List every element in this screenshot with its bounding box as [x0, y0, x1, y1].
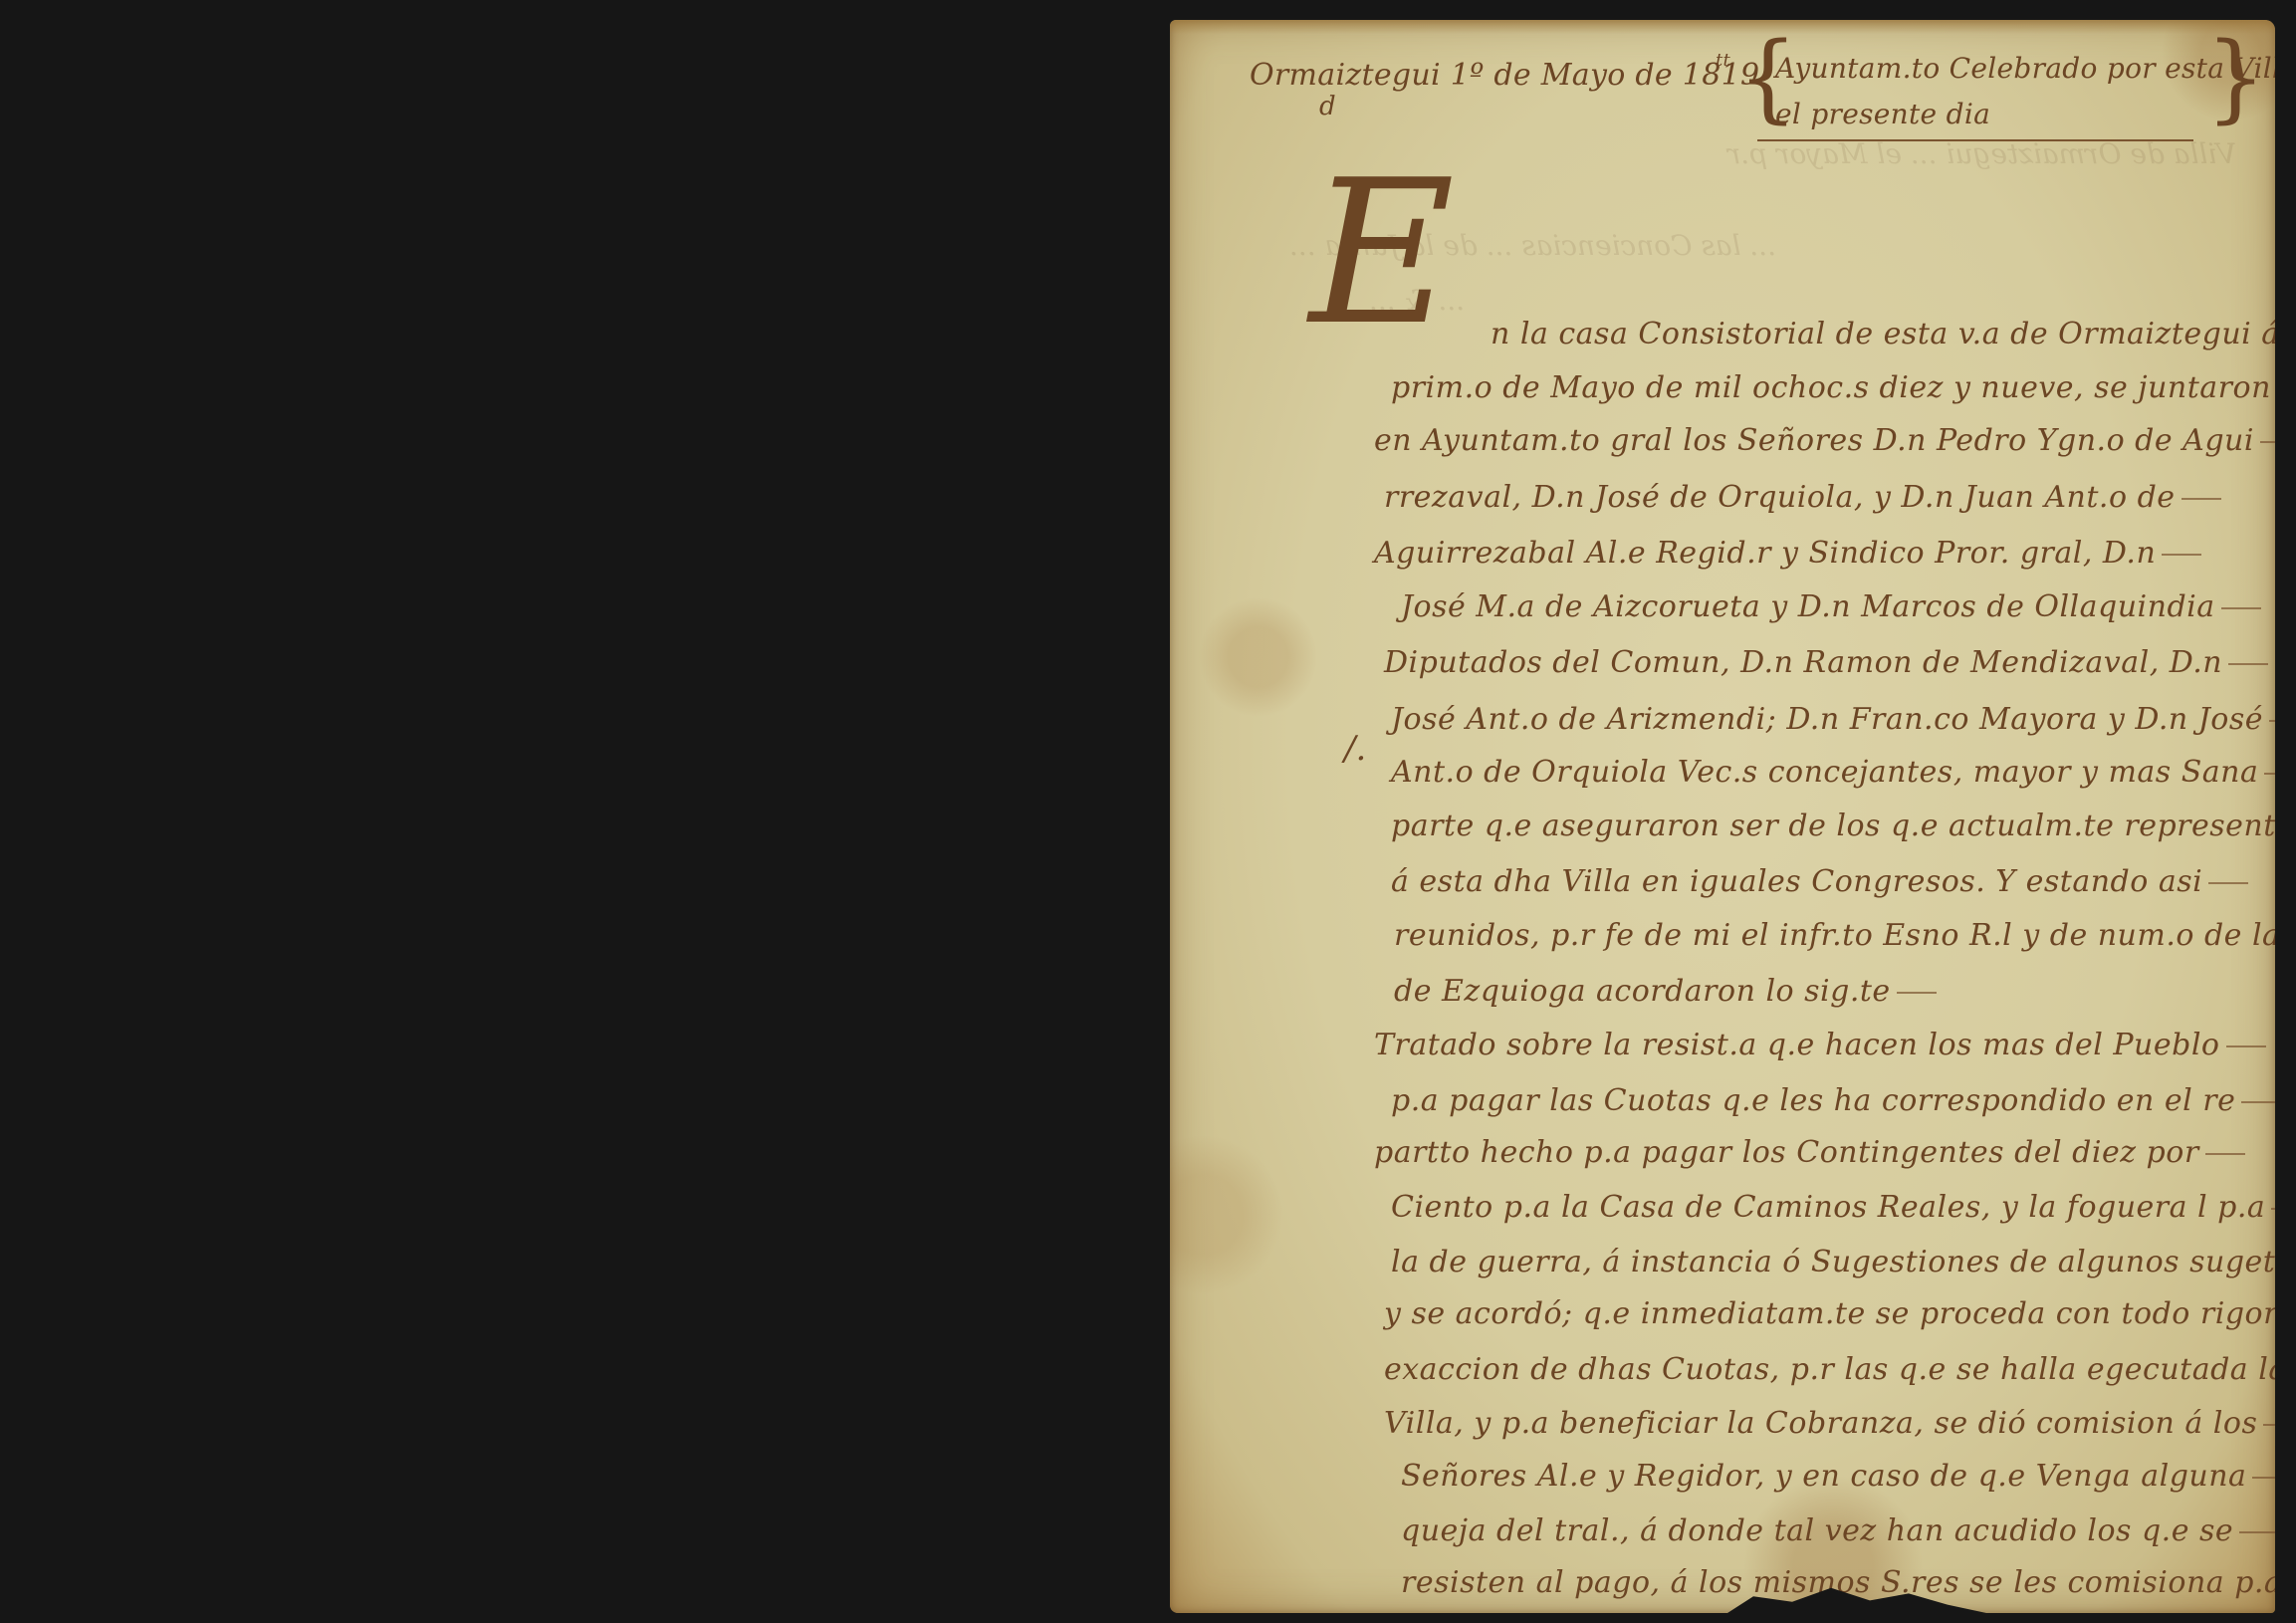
text-line: queja del tral., á donde tal vez han acu…	[1401, 1513, 2275, 1548]
text-line: Villa, y p.a beneficiar la Cobranza, se …	[1384, 1406, 2275, 1441]
text-line: prim.o de Mayo de mil ochoc.s diez y nue…	[1391, 370, 2275, 405]
text-line: Ant.o de Orquiola Vec.s concejantes, may…	[1391, 755, 2275, 790]
text-line: n la casa Consistorial de esta v.a de Or…	[1491, 317, 2275, 351]
text-line: á esta dha Villa en iguales Congresos. Y…	[1391, 864, 2248, 899]
text-line: la de guerra, á instancia ó Sugestiones …	[1391, 1245, 2275, 1279]
text-line: Ciento p.a la Casa de Caminos Reales, y …	[1391, 1190, 2275, 1225]
text-line: y se acordó; q.e inmediatam.te se proced…	[1384, 1296, 2275, 1331]
text-line: José Ant.o de Arizmendi; D.n Fran.co May…	[1391, 702, 2275, 737]
text-line: parte q.e aseguraron ser de los q.e actu…	[1391, 809, 2275, 843]
manuscript-page: Villa de Ormaiztegui ... el Mayor p.r ..…	[1170, 20, 2275, 1613]
text-line: exaccion de dhas Cuotas, p.r las q.e se …	[1384, 1352, 2275, 1387]
text-line: partto hecho p.a pagar los Contingentes …	[1374, 1135, 2245, 1170]
manuscript-body: n la casa Consistorial de esta v.a de Or…	[1170, 20, 2275, 1613]
text-line: Tratado sobre la resist.a q.e hacen los …	[1374, 1028, 2266, 1062]
text-line: Señores Al.e y Regidor, y en caso de q.e…	[1401, 1459, 2275, 1494]
text-line: reunidos, p.r fe de mi el infr.to Esno R…	[1394, 918, 2275, 953]
text-line: p.a pagar las Cuotas q.e les ha correspo…	[1391, 1083, 2275, 1118]
document-viewer: Villa de Ormaiztegui ... el Mayor p.r ..…	[0, 0, 2296, 1623]
text-line: en Ayuntam.to gral los Señores D.n Pedro…	[1374, 423, 2275, 458]
text-line: Aguirrezabal Al.e Regid.r y Sindico Pror…	[1374, 536, 2201, 571]
text-line: de Ezquioga acordaron lo sig.te	[1394, 974, 1937, 1009]
text-line: José M.a de Aizcorueta y D.n Marcos de O…	[1401, 589, 2261, 624]
text-line: rrezaval, D.n José de Orquiola, y D.n Ju…	[1384, 480, 2221, 515]
text-line: Diputados del Comun, D.n Ramon de Mendiz…	[1384, 645, 2268, 680]
